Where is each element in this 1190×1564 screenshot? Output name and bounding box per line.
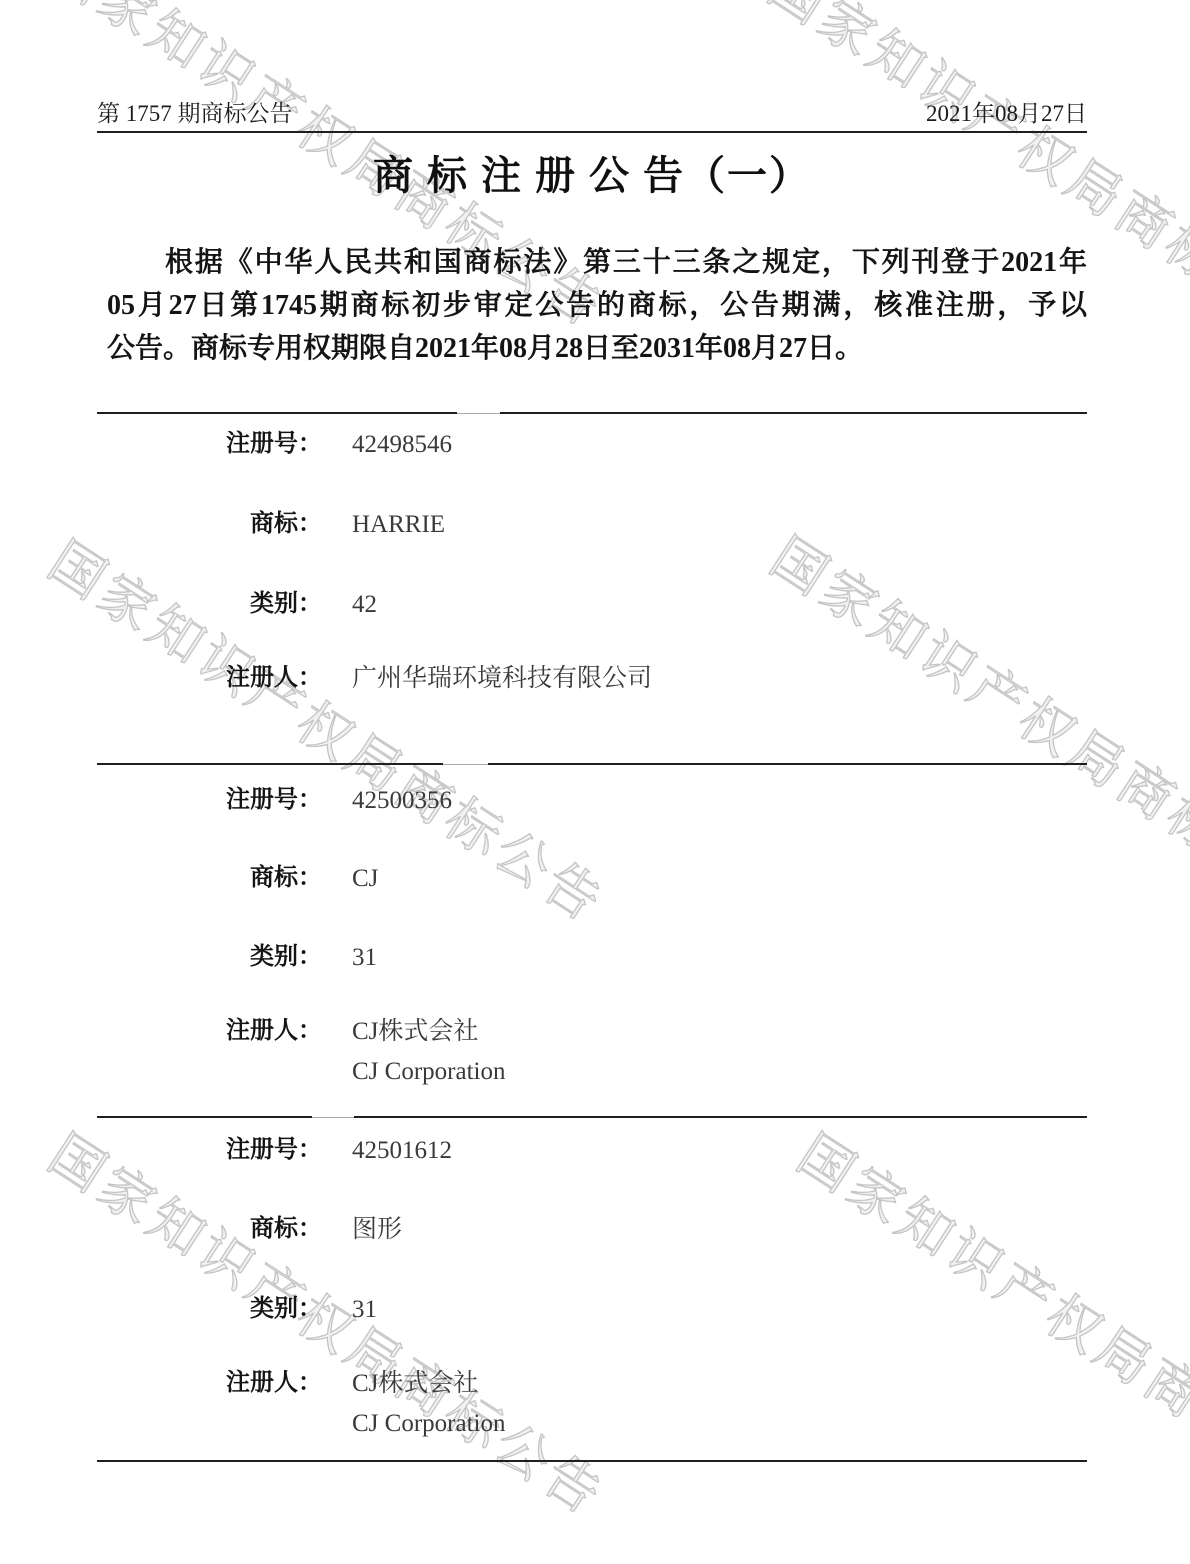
separator-line [97, 412, 1087, 414]
registrant-label: 注册人： [97, 1370, 322, 1397]
category-label: 类别： [97, 944, 322, 971]
separator-line [97, 1116, 1087, 1118]
watermark-text: 国家知识产权局商标公告 [785, 1113, 1190, 1531]
intro-paragraph: 根据《中华人民共和国商标法》第三十三条之规定，下列刊登于2021年 05月27日… [107, 241, 1087, 370]
trademark-value: CJ [352, 865, 378, 892]
trademark-label: 商标： [97, 1216, 322, 1243]
separator-line [97, 1460, 1087, 1462]
category-label: 类别： [97, 591, 322, 618]
registrant-value: CJ株式会社 [352, 1018, 478, 1045]
category-value: 42 [352, 591, 377, 618]
trademark-value: 图形 [352, 1216, 402, 1243]
reg-number-value: 42501612 [352, 1137, 452, 1164]
trademark-label: 商标： [97, 865, 322, 892]
line-gap [457, 412, 500, 414]
registrant-label: 注册人： [97, 665, 322, 692]
registrant-value-en: CJ Corporation [352, 1410, 505, 1437]
header-rule [97, 131, 1087, 133]
separator-line [97, 763, 1087, 765]
reg-number-label: 注册号： [97, 1137, 322, 1164]
watermark-text: 国家知识产权局商标公告 [758, 516, 1190, 934]
reg-number-label: 注册号： [97, 787, 322, 814]
intro-line: 公告。商标专用权期限自2021年08月28日至2031年08月27日。 [107, 327, 1087, 370]
line-gap [443, 763, 488, 765]
intro-line: 根据《中华人民共和国商标法》第三十三条之规定，下列刊登于2021年 [107, 241, 1087, 284]
category-value: 31 [352, 944, 377, 971]
reg-number-value: 42500356 [352, 787, 452, 814]
intro-line: 05月27日第1745期商标初步审定公告的商标，公告期满，核准注册，予以 [107, 284, 1087, 327]
reg-number-value: 42498546 [352, 431, 452, 458]
category-value: 31 [352, 1296, 377, 1323]
trademark-value: HARRIE [352, 511, 445, 538]
header-date: 2021年08月27日 [97, 95, 1087, 128]
registrant-value: CJ株式会社 [352, 1370, 478, 1397]
registrant-value: 广州华瑞环境科技有限公司 [352, 665, 652, 692]
registrant-label: 注册人： [97, 1018, 322, 1045]
line-gap [312, 1116, 354, 1118]
registrant-value-en: CJ Corporation [352, 1058, 505, 1085]
page-title: 商 标 注 册 公 告（一） [97, 144, 1087, 201]
category-label: 类别： [97, 1296, 322, 1323]
gazette-page: 国家知识产权局商标公告 国家知识产权局商标公告 国家知识产权局商标公告 国家知识… [0, 0, 1190, 1564]
trademark-label: 商标： [97, 511, 322, 538]
reg-number-label: 注册号： [97, 431, 322, 458]
